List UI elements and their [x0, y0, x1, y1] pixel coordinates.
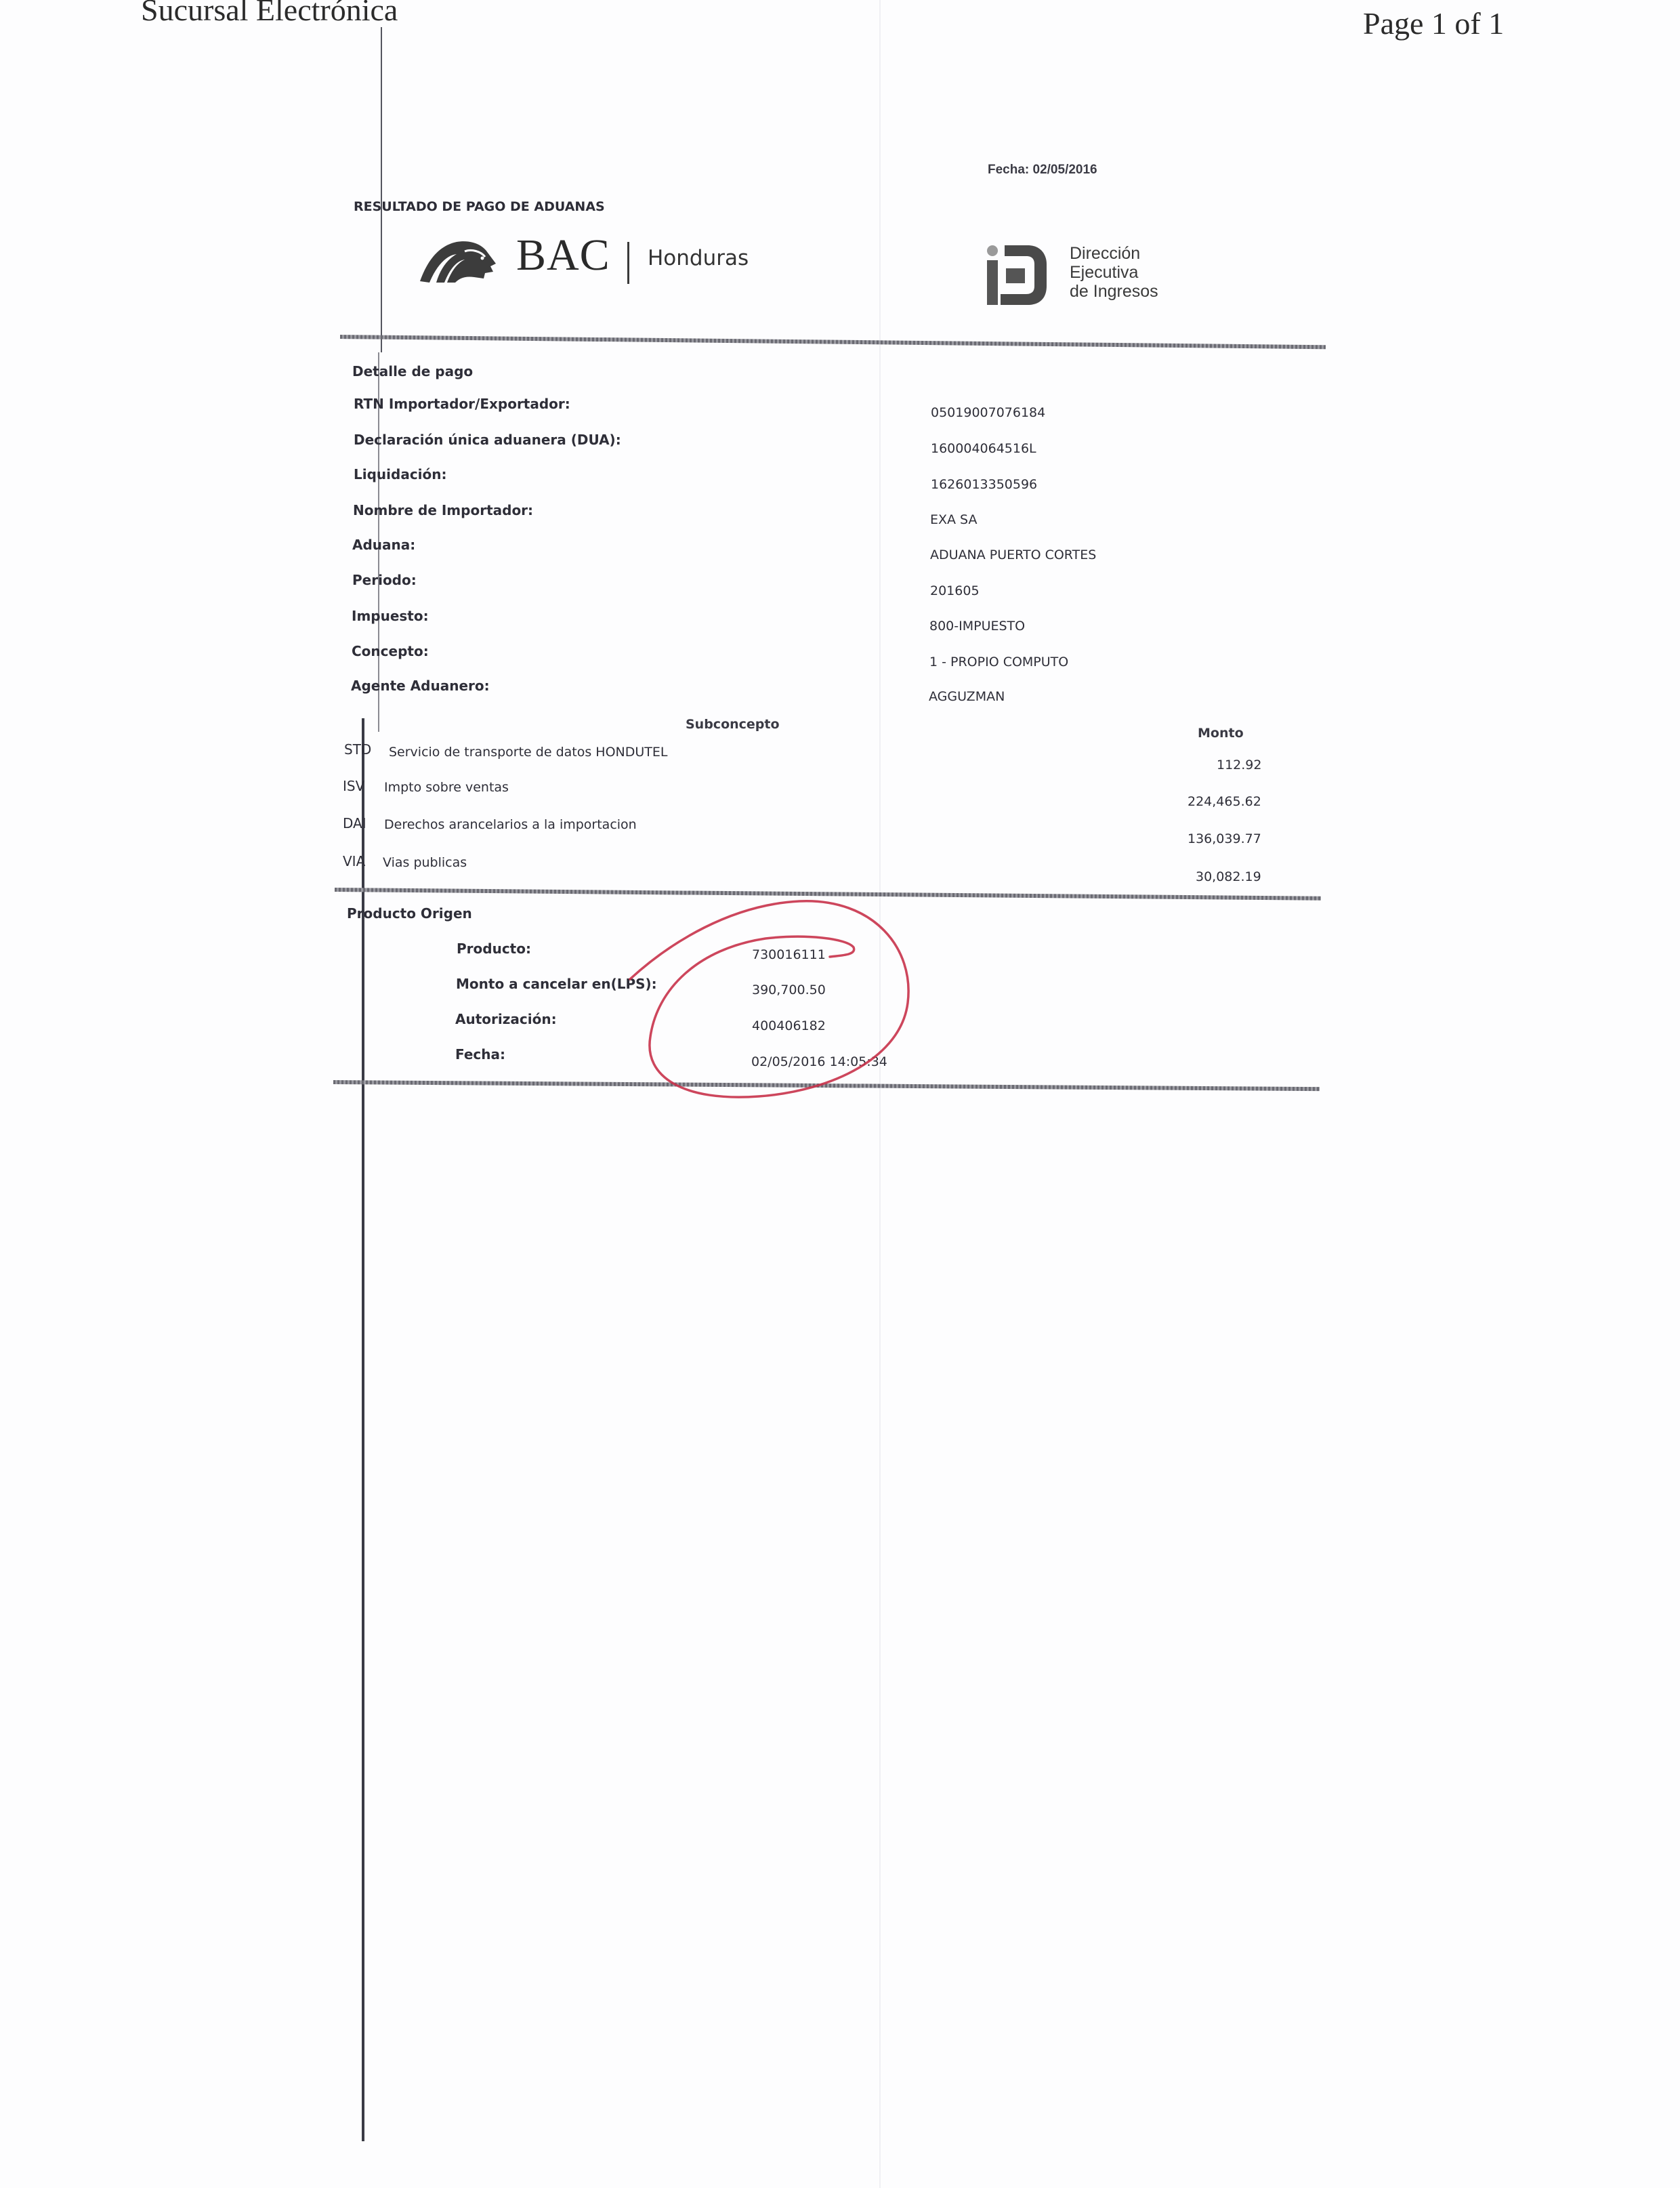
field-label-importer-name: Nombre de Importador: — [353, 502, 533, 518]
document-date: Fecha: 02/05/2016 — [988, 163, 1097, 178]
document-title: RESULTADO DE PAGO DE ADUANAS — [354, 199, 605, 214]
field-label-impuesto: Impuesto: — [352, 608, 429, 624]
field-label-liquidacion: Liquidación: — [354, 466, 447, 482]
bank-name: BAC — [516, 230, 610, 281]
field-value-concepto: 1 - PROPIO COMPUTO — [929, 655, 1068, 669]
bank-country: Honduras — [648, 246, 749, 270]
subconcept-description: Servicio de transporte de datos HONDUTEL — [389, 745, 667, 760]
subconcept-code: ISV — [343, 778, 364, 794]
dei-logo: Dirección Ejecutiva de Ingresos — [986, 244, 1257, 306]
field-value-dua: 160004064516L — [931, 441, 1036, 456]
field-value-importer-name: EXA SA — [930, 512, 977, 527]
subconcept-description: Impto sobre ventas — [384, 780, 509, 795]
field-label-agente: Agente Aduanero: — [351, 678, 490, 694]
subconcept-description: Vias publicas — [383, 855, 467, 870]
field-label-dua: Declaración única aduanera (DUA): — [354, 432, 621, 448]
field-label-autorizacion: Autorización: — [455, 1011, 557, 1027]
field-value-rtn: 05019007076184 — [931, 405, 1045, 420]
field-value-liquidacion: 1626013350596 — [931, 477, 1037, 492]
field-label-concepto: Concepto: — [352, 643, 429, 659]
subconcept-header: Subconcepto — [686, 717, 780, 732]
field-value-monto: 390,700.50 — [752, 983, 826, 997]
payment-detail-title: Detalle de pago — [352, 363, 473, 379]
subconcept-amount: 136,039.77 — [1188, 831, 1261, 846]
field-value-fecha: 02/05/2016 14:05:34 — [751, 1054, 887, 1069]
agency-name-line-1: Dirección — [1070, 244, 1158, 263]
field-label-rtn: RTN Importador/Exportador: — [354, 396, 570, 412]
field-label-aduana: Aduana: — [352, 537, 415, 553]
field-value-autorizacion: 400406182 — [752, 1018, 826, 1033]
source-product-title: Producto Origen — [347, 905, 472, 922]
amount-header: Monto — [1198, 726, 1244, 741]
dei-logo-icon — [986, 244, 1048, 306]
divider-subconcepts — [335, 888, 1321, 901]
field-label-fecha: Fecha: — [455, 1046, 505, 1062]
field-value-impuesto: 800-IMPUESTO — [929, 619, 1025, 634]
paper-fold — [879, 0, 881, 2188]
pen-line-upper — [381, 27, 382, 352]
field-value-aduana: ADUANA PUERTO CORTES — [930, 548, 1096, 562]
subconcept-description: Derechos arancelarios a la importacion — [384, 817, 637, 832]
field-value-periodo: 201605 — [930, 583, 980, 598]
lion-icon — [417, 236, 499, 285]
subconcept-code: VIA — [343, 853, 365, 869]
pen-circle-annotation — [0, 0, 1680, 2188]
agency-name: Dirección Ejecutiva de Ingresos — [1070, 244, 1158, 301]
bac-logo: BAC Honduras — [417, 234, 770, 288]
field-value-producto: 730016111 — [752, 947, 826, 962]
agency-name-line-2: Ejecutiva — [1070, 263, 1158, 282]
print-header-title: Sucursal Electrónica — [141, 0, 398, 28]
divider-footer — [333, 1080, 1320, 1091]
field-value-agente: AGGUZMAN — [929, 689, 1005, 704]
agency-name-line-3: de Ingresos — [1070, 282, 1158, 301]
subconcept-amount: 30,082.19 — [1196, 869, 1261, 884]
subconcept-code: DAI — [343, 815, 366, 831]
pen-line-lower — [362, 718, 364, 2141]
divider-header — [340, 335, 1326, 349]
field-label-producto: Producto: — [457, 941, 531, 957]
subconcept-amount: 112.92 — [1217, 758, 1261, 772]
subconcept-code: STD — [344, 741, 371, 758]
print-page-indicator: Page 1 of 1 — [1363, 5, 1504, 41]
logo-separator — [627, 242, 629, 284]
field-label-periodo: Periodo: — [352, 572, 417, 588]
field-label-monto: Monto a cancelar en(LPS): — [456, 976, 657, 992]
subconcept-amount: 224,465.62 — [1188, 794, 1261, 809]
